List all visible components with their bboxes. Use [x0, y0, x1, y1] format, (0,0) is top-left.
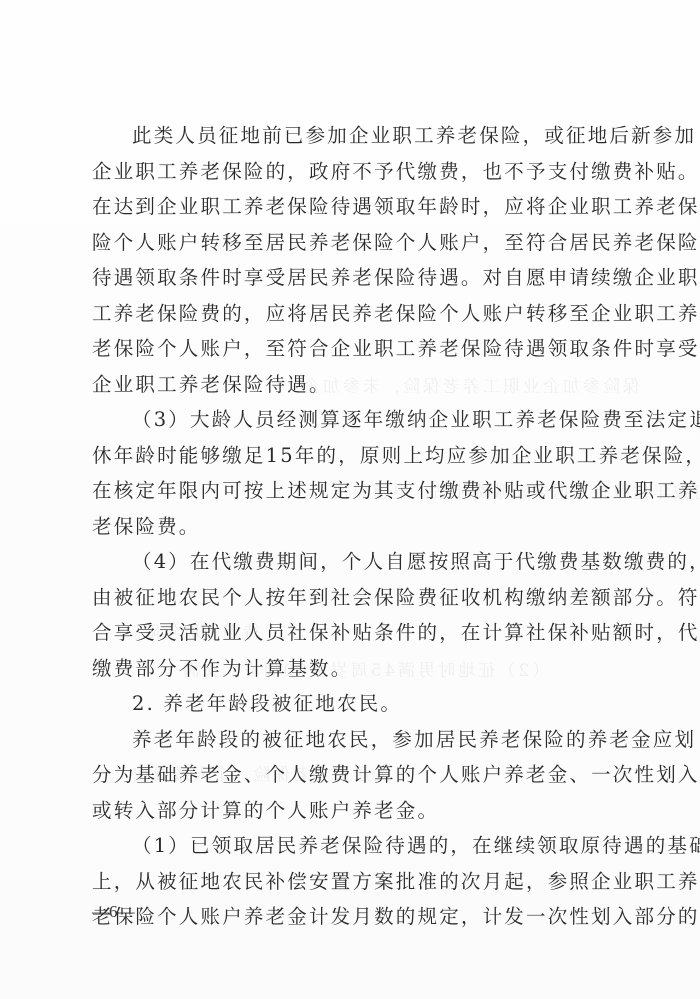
- text-line: （1）已领取居民养老保险待遇的，在继续领取原待遇的基础: [92, 828, 622, 864]
- text-line: 待遇领取条件时享受居民养老保险待遇。对自愿申请续缴企业职: [92, 260, 622, 296]
- text-line: 休年龄时能够缴足15年的，原则上均应参加企业职工养老保险，: [92, 438, 622, 474]
- text-line: （3）大龄人员经测算逐年缴纳企业职工养老保险费至法定退: [92, 402, 622, 438]
- section-heading: 2. 养老年龄段被征地农民。: [92, 686, 622, 722]
- text-line: 或转入部分计算的个人账户养老金。: [92, 793, 622, 829]
- text-line: 险个人账户转移至居民养老保险个人账户，至符合居民养老保险: [92, 225, 622, 261]
- text-line: 由被征地农民个人按年到社会保险费征收机构缴纳差额部分。符: [92, 580, 622, 616]
- text-line: 在达到企业职工养老保险待遇领取年龄时，应将企业职工养老保: [92, 189, 622, 225]
- text-line: 分为基础养老金、个人缴费计算的个人账户养老金、一次性划入: [92, 757, 622, 793]
- text-line: 在核定年限内可按上述规定为其支付缴费补贴或代缴企业职工养: [92, 473, 622, 509]
- page-number: —6—: [92, 902, 135, 922]
- text-line: 老保险费。: [92, 509, 622, 545]
- text-line: 老保险个人账户养老金计发月数的规定，计发一次性划入部分的: [92, 899, 622, 935]
- text-line: （4）在代缴费期间，个人自愿按照高于代缴费基数缴费的，: [92, 544, 622, 580]
- document-page: 保险参加企业职工养老保险，未参加企 可按年凭缴费凭据申领缴费补贴，申领额按 待遇…: [0, 0, 700, 999]
- body-text: 此类人员征地前已参加企业职工养老保险，或征地后新参加 企业职工养老保险的，政府不…: [92, 118, 622, 935]
- text-line: 工养老保险费的，应将居民养老保险个人账户转移至企业职工养: [92, 296, 622, 332]
- text-line: 老保险个人账户，至符合企业职工养老保险待遇领取条件时享受: [92, 331, 622, 367]
- text-line: 企业职工养老保险的，政府不予代缴费，也不予支付缴费补贴。: [92, 154, 622, 190]
- text-line: 上，从被征地农民补偿安置方案批准的次月起，参照企业职工养: [92, 864, 622, 900]
- text-line: 此类人员征地前已参加企业职工养老保险，或征地后新参加: [92, 118, 622, 154]
- text-line: 养老年龄段的被征地农民，参加居民养老保险的养老金应划: [92, 722, 622, 758]
- text-line: 缴费部分不作为计算基数。: [92, 651, 622, 687]
- text-line: 企业职工养老保险待遇。: [92, 367, 622, 403]
- text-line: 合享受灵活就业人员社保补贴条件的，在计算社保补贴额时，代: [92, 615, 622, 651]
